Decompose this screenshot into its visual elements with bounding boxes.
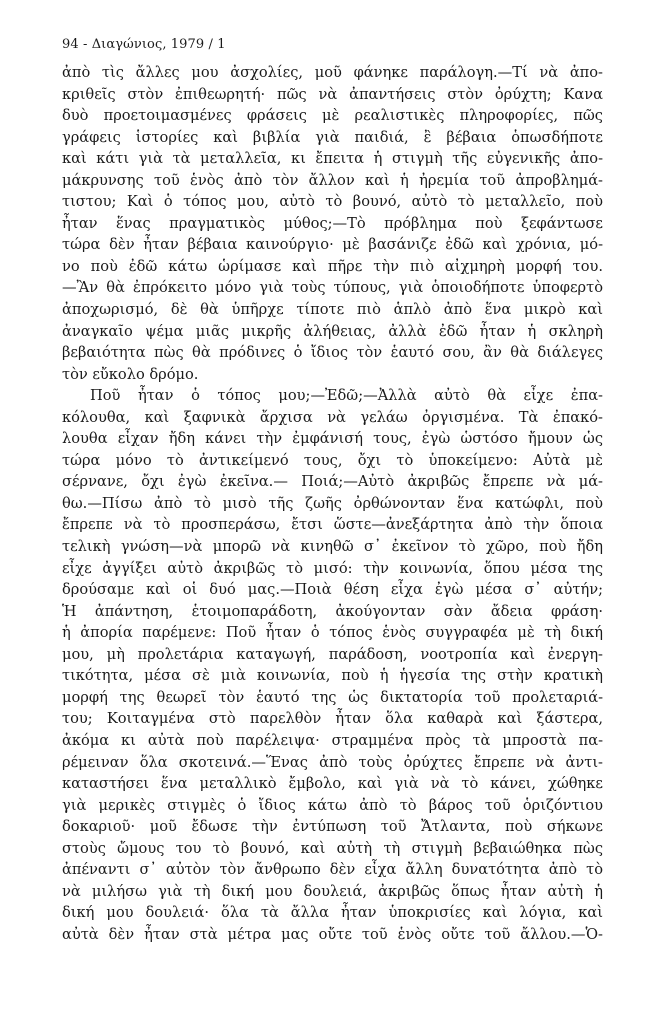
paragraph-end-line: τὸν εὔκολο δρόμο.: [62, 364, 603, 386]
text-line: σέρνανε, ὄχι ἐγὼ ἐκεῖνα.— Ποιά;—Αὐτὸ ἀκρ…: [62, 471, 603, 493]
text-line: ἀκόμα κι αὐτὰ ποὺ παρέλειψα· στραμμένα π…: [62, 730, 603, 752]
text-line: γράφεις ἱστορίες καὶ βιβλία γιὰ παιδιά, …: [62, 127, 603, 149]
text-line: ἀναγκαῖο ψέμα μιᾶς μικρῆς ἀλήθειας, ἀλλὰ…: [62, 321, 603, 343]
text-line: ἀπέναντι σ᾽ αὐτὸν τὸν ἄνθρωπο δὲν εἶχα ἄ…: [62, 859, 603, 881]
text-line: καὶ κάτι γιὰ τὰ μεταλλεῖα, κι ἔπειτα ἡ σ…: [62, 148, 603, 170]
text-line: ἀποχωρισμό, δὲ θὰ ὑπῆρχε τίποτε πιὸ ἁπλὸ…: [62, 299, 603, 321]
text-line: εἶχε ἀγγίξει αὐτὸ ἀκριβῶς τὸ μισό: τὴν κ…: [62, 558, 603, 580]
text-line: τικότητα, μέσα σὲ μιὰ κοινωνία, ποὺ ἡ ἡγ…: [62, 665, 603, 687]
text-line: —Ἂν θὰ ἐπρόκειτο μόνο γιὰ τοὺς τύπους, γ…: [62, 277, 603, 299]
text-line: μου, μὴ προλετάρια καταγωγή, παράδοση, ν…: [62, 644, 603, 666]
text-line: ἔπρεπε νὰ τὸ προσπεράσω, ἔτσι ὥστε—ἀνεξά…: [62, 514, 603, 536]
text-line: αὐτὰ δὲν ἦταν στὰ μέτρα μας οὔτε τοῦ ἑνὸ…: [62, 924, 603, 946]
text-line: μορφή της θεωρεῖ τὸν ἑαυτό της ὡς δικτατ…: [62, 687, 603, 709]
text-line: ἀπὸ τὶς ἄλλες μου ἀσχολίες, μοῦ φάνηκε π…: [62, 62, 603, 84]
text-line: βεβαιότητα πὼς θὰ πρόδινες ὁ ἴδιος τὸν ἑ…: [62, 342, 603, 364]
text-line: ἦταν ἕνας πραγματικὸς μύθος;—Τὸ πρόβλημα…: [62, 213, 603, 235]
text-line: στοὺς ὤμους του τὸ βουνό, καὶ αὐτὴ τὴ στ…: [62, 838, 603, 860]
body-text: ἀπὸ τὶς ἄλλες μου ἀσχολίες, μοῦ φάνηκε π…: [62, 62, 603, 945]
text-line: κόλουθα, καὶ ξαφνικὰ ἄρχισα νὰ γελάω ὀργ…: [62, 407, 603, 429]
paragraph-start-line: Ποῦ ἦταν ὁ τόπος μου;—Ἐδῶ;—Ἀλλὰ αὐτὸ θὰ …: [62, 385, 603, 407]
text-line: καταστήσει ἕνα μεταλλικὸ ἔμβολο, καὶ γιὰ…: [62, 773, 603, 795]
text-line: νο ποὺ ἐδῶ κάτω ὡρίμασε καὶ πῆρε τὴν πιὸ…: [62, 256, 603, 278]
text-line: ρέμειναν ὅλα σκοτεινά.—Ἕνας ἀπὸ τοὺς ὀρύ…: [62, 752, 603, 774]
text-line: τώρα μόνο τὸ ἀντικείμενό τους, ὄχι τὸ ὑπ…: [62, 450, 603, 472]
text-line: τώρα δὲν ἦταν βέβαια καινούργιο· μὲ βασά…: [62, 234, 603, 256]
text-line: δική μου δουλειά· ὅλα τὰ ἄλλα ἦταν ὑποκρ…: [62, 902, 603, 924]
text-line: δυὸ προετοιμασμένες φράσεις μὲ ρεαλιστικ…: [62, 105, 603, 127]
text-line: δοκαριοῦ· μοῦ ἔδωσε τὴν ἐντύπωση τοῦ Ἄτλ…: [62, 816, 603, 838]
text-line: νὰ μιλήσω γιὰ τὴ δική μου δουλειά, ἀκριβ…: [62, 881, 603, 903]
text-line: κριθεῖς στὸν ἐπιθεωρητή· πῶς νὰ ἀπαντήσε…: [62, 84, 603, 106]
text-line: λουθα εἶχαν ἤδη κάνει τὴν ἐμφάνισή τους,…: [62, 428, 603, 450]
text-line: του; Κοιταγμένα στὸ παρελθὸν ἦταν ὅλα κα…: [62, 708, 603, 730]
text-line: γιὰ μερικὲς στιγμὲς ὁ ἴδιος κάτω ἀπὸ τὸ …: [62, 795, 603, 817]
text-line: ἡ ἀπορία παρέμενε: Ποῦ ἦταν ὁ τόπος ἑνὸς…: [62, 622, 603, 644]
text-line: θω.—Πίσω ἀπὸ τὸ μισὸ τῆς ζωῆς ὀρθώνονταν…: [62, 493, 603, 515]
text-line: Ἡ ἀπάντηση, ἑτοιμοπαράδοτη, ἀκούγονταν σ…: [62, 601, 603, 623]
text-line: δρούσαμε καὶ οἱ δυό μας.—Ποιὰ θέση εἶχα …: [62, 579, 603, 601]
running-head: 94 - Διαγώνιος, 1979 / 1: [62, 37, 226, 53]
text-line: τιστου; Καὶ ὁ τόπος μου, αὐτὸ τὸ βουνό, …: [62, 191, 603, 213]
text-line: τελικὴ γνώση—νὰ μπορῶ νὰ κινηθῶ σ᾽ ἐκεῖν…: [62, 536, 603, 558]
text-line: μάκρυνσης τοῦ ἑνὸς ἀπὸ τὸν ἄλλον καὶ ἡ ἠ…: [62, 170, 603, 192]
